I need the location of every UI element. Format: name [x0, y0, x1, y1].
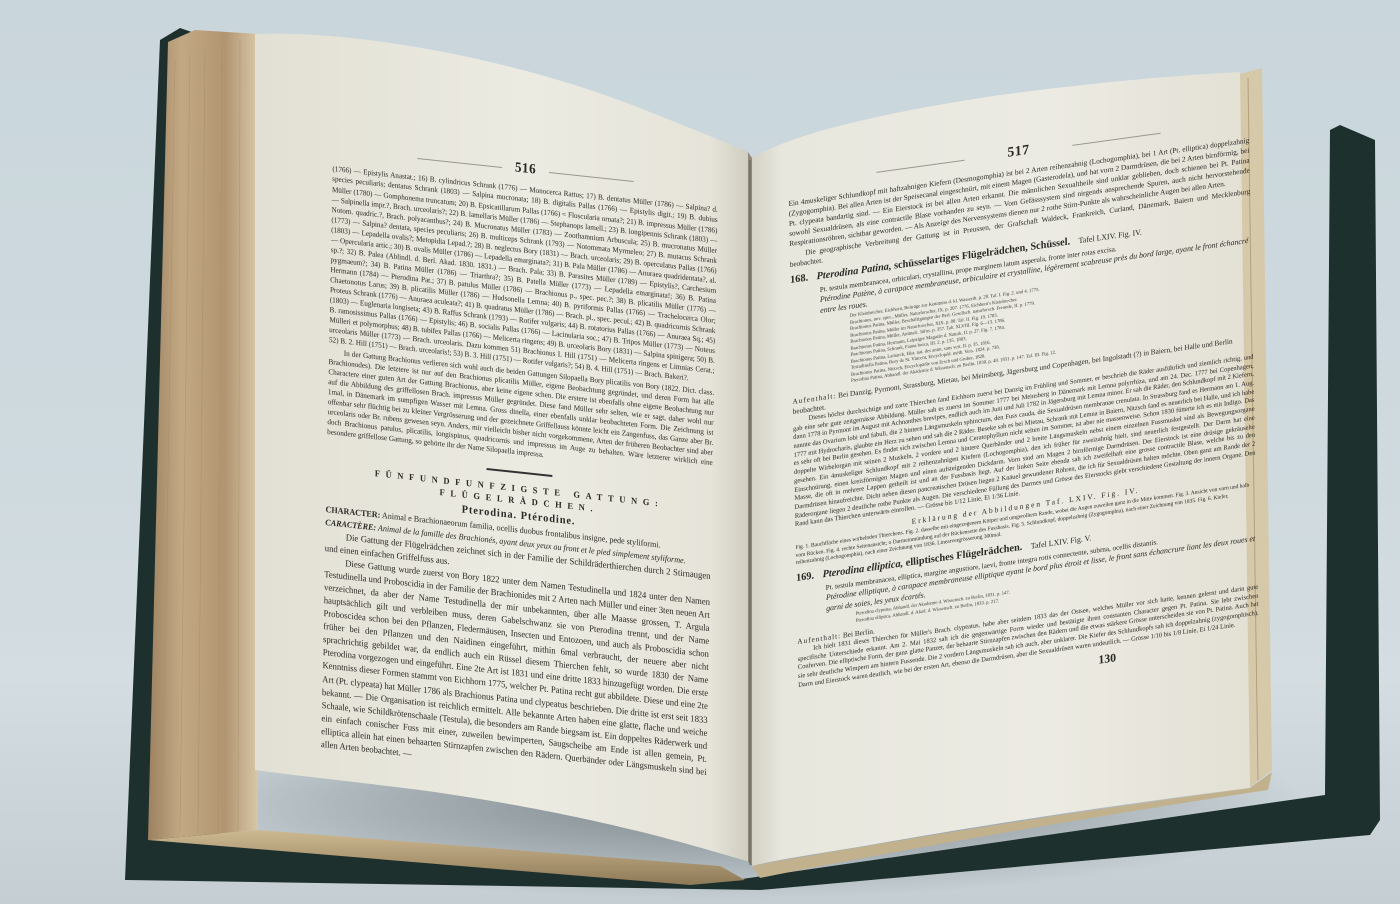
- right-page-content: 517 Ein 4muskeliger Schlundkopf mit haft…: [788, 112, 1259, 711]
- species-number: 168.: [790, 272, 808, 285]
- body-paragraph: Diese Gattung wurde zuerst von Bory 1822…: [321, 555, 710, 792]
- species-number: 169.: [796, 570, 814, 583]
- photo-scene: 516 (1766) — Epistylis Anastat.; 16) B. …: [0, 0, 1400, 904]
- section-rule: [487, 468, 553, 477]
- left-page-content: 516 (1766) — Epistylis Anastat.; 16) B. …: [321, 140, 719, 792]
